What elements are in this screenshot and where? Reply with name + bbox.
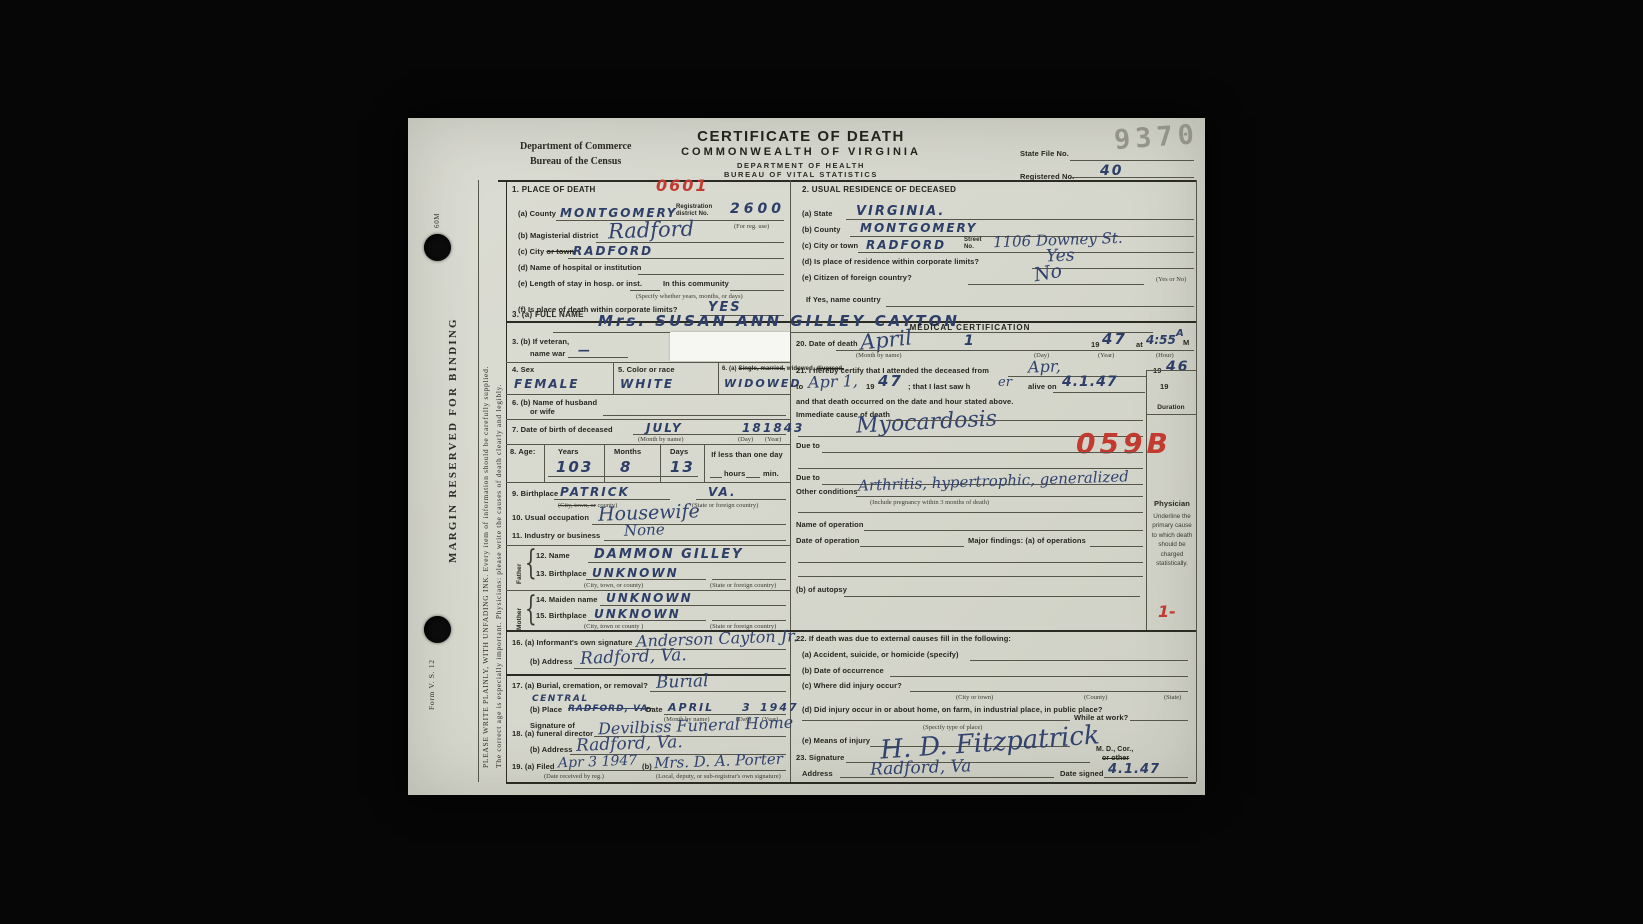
margin-rule-line-1: PLEASE WRITE PLAINLY, WITH UNFADING INK.… (482, 366, 490, 768)
s19b-value: Mrs. D. A. Porter (654, 752, 783, 771)
form-right-border (1196, 180, 1197, 782)
s12-line (588, 562, 786, 563)
s22-title: 22. If death was due to external causes … (796, 635, 1011, 644)
op-name-line (864, 530, 1143, 531)
s13-value: UNKNOWN (592, 567, 679, 579)
s22b-line (890, 676, 1188, 677)
s11-line (604, 540, 786, 541)
s16b-value: Radford, Va. (580, 647, 687, 668)
screenshot-root: { "margin": { "form_code": "Form V. S. 1… (0, 0, 1643, 924)
registered-line (1070, 177, 1194, 178)
s1-regdist-value: 2600 (730, 202, 785, 216)
s2e-label: (e) Citizen of foreign country? (802, 274, 912, 283)
s22a-label: (a) Accident, suicide, or homicide (spec… (802, 651, 959, 660)
s2a-value: VIRGINIA. (856, 205, 945, 218)
s17a-label: 17. (a) Burial, cremation, or removal? (512, 682, 648, 691)
s16-bottom-rule (506, 674, 790, 676)
s1c-value: RADFORD (573, 245, 653, 257)
s8-top-rule (506, 444, 790, 445)
mid-heavy-rule (506, 630, 1196, 632)
s22d-line2 (1130, 720, 1188, 721)
s17-year-value: 1947 (760, 702, 799, 713)
s12-value: DAMMON GILLEY (594, 548, 744, 561)
mother-side-label: Mother (516, 608, 523, 630)
s20-19-printed: 19 (1091, 341, 1100, 350)
s10-label: 10. Usual occupation (512, 514, 589, 523)
margin-binding-text: MARGIN RESERVED FOR BINDING (448, 317, 459, 563)
s19a-value: Apr 3 1947 (558, 754, 638, 771)
mother-bracket: { (525, 592, 537, 626)
s21-from-value: Apr, (1028, 358, 1061, 375)
s10-line (592, 524, 786, 525)
s7-month: JULY (646, 422, 683, 434)
s1b-label: (b) Magisterial district (518, 232, 598, 241)
s1e-line2 (730, 290, 784, 291)
s7-day-note: (Day) (738, 436, 753, 443)
s1c-label-struck: or town (546, 247, 574, 256)
s23-date-label: Date signed (1060, 770, 1104, 779)
s14-line (600, 605, 786, 606)
op-date-line (860, 546, 964, 547)
s7-label: 7. Date of birth of deceased (512, 426, 613, 435)
s2e-note: (Yes or No) (1156, 276, 1186, 283)
s9-label: 9. Birthplace (512, 490, 558, 499)
s9-line2 (696, 499, 786, 500)
s6a-value: WIDOWED (724, 378, 802, 389)
s3b-label-2: name war (530, 350, 565, 359)
s21-19c-printed: 19 (1160, 383, 1169, 392)
s11-value: None (624, 522, 665, 538)
s19a-label: 19. (a) Filed (512, 763, 555, 772)
findings-line3 (798, 576, 1143, 577)
column-divider (790, 180, 791, 782)
s12-label: 12. Name (536, 552, 570, 561)
s2-ifyes-line (886, 306, 1194, 307)
s1e-mid-label: In this community (663, 280, 729, 289)
s9-line1 (554, 499, 670, 500)
s17-central-value: CENTRAL (532, 695, 589, 704)
s19a-note: (Date received by reg.) (544, 773, 604, 780)
s7-month-note: (Month by name) (638, 436, 684, 443)
s1d-label: (d) Name of hospital or institution (518, 264, 642, 273)
s2e-value: No (1033, 262, 1064, 286)
state-file-line (1070, 160, 1194, 161)
redaction-box (670, 332, 790, 361)
s15-label: 15. Birthplace (536, 612, 587, 621)
s8-months-value: 8 (620, 460, 632, 475)
s7-year-note: (Year) (765, 436, 781, 443)
s21-19a-printed: 19 (1153, 367, 1162, 376)
s22d-line1 (802, 720, 1070, 721)
duration-label: Duration (1146, 404, 1196, 411)
s6a-label-num: 6. (a) (722, 366, 737, 372)
s9-note-2: (State or foreign country) (692, 502, 758, 509)
punch-hole-top (424, 234, 451, 261)
s2b-value: MONTGOMERY (860, 222, 977, 234)
document-title: CERTIFICATE OF DEATH (506, 129, 1096, 144)
other-value: Arthritis, hypertrophic, generalized (858, 469, 1129, 493)
s19b-note: (Local, deputy, or sub-registrar's own s… (656, 773, 781, 780)
cause-line1 (886, 420, 1143, 421)
s7-day: 18 (742, 422, 763, 434)
s1-red-stamp: 0601 (656, 178, 709, 194)
state-file-stamp: 9370 (1113, 121, 1200, 154)
s22c-note-2: (County) (1084, 694, 1107, 701)
s8-years-label: Years (558, 448, 579, 457)
s23-label: 23. Signature (796, 754, 844, 763)
op-date-label: Date of operation (796, 537, 859, 546)
s2c-label: (c) City or town (802, 242, 858, 251)
punch-hole-bottom (424, 616, 451, 643)
s9-value2: VA. (708, 486, 737, 498)
form-left-border (506, 180, 507, 782)
due1-line (822, 452, 1143, 453)
s20-label: 20. Date of death (796, 340, 858, 349)
s3b-label-1: 3. (b) If veteran, (512, 338, 569, 347)
findings-label: Major findings: (a) of operations (968, 537, 1086, 546)
cause-value: Myocardosis (856, 408, 998, 437)
commonwealth-subtitle: COMMONWEALTH OF VIRGINIA (506, 147, 1096, 158)
other-line2 (798, 512, 1143, 513)
s20-day-value: 1 (964, 334, 976, 348)
s6b-label-2: or wife (530, 408, 555, 417)
physician-note: Underline the primary cause to which dea… (1149, 512, 1195, 569)
s15-line2 (712, 620, 786, 621)
s20-hour-value: 4:55 (1146, 334, 1176, 346)
s13-line1 (586, 579, 706, 580)
s456-top-rule (506, 362, 790, 363)
s8-days-value: 13 (670, 460, 695, 475)
s456-divider-1 (613, 362, 614, 394)
s15-line1 (588, 620, 706, 621)
s8-days-label: Days (670, 448, 688, 457)
s8-value-line (548, 476, 698, 477)
due2-label: Due to (796, 474, 820, 483)
other-label: Other conditions (796, 488, 858, 497)
s2-ifyes-label: If Yes, name country (806, 296, 881, 305)
s11-label: 11. Industry or business (512, 532, 600, 541)
s16b-line (574, 668, 786, 669)
s22c-label: (c) Where did injury occur? (802, 682, 902, 691)
margin-rule-line-2: The correct age is especially important.… (495, 384, 503, 768)
s8-months-label: Months (614, 448, 641, 457)
s22a-line (970, 660, 1188, 661)
s1-title: 1. PLACE OF DEATH (512, 185, 596, 194)
death-certificate-scan: 60M Form V. S. 12 MARGIN RESERVED FOR BI… (408, 118, 1205, 795)
s1c-line (568, 258, 784, 259)
s3a-line (553, 332, 1153, 333)
s14-label: 14. Maiden name (536, 596, 598, 605)
s3b-line (568, 357, 628, 358)
s20-month-note: (Month by name) (856, 352, 902, 359)
s17a-value: Burial (656, 673, 709, 692)
findings-line2 (798, 562, 1143, 563)
s23-date-line (1104, 777, 1188, 778)
s21-er-value: er (998, 376, 1012, 389)
s2-street-label: Street No. (964, 237, 990, 251)
s16a-label: 16. (a) Informant's own signature (512, 639, 633, 648)
s17-month-value: APRIL (668, 702, 714, 713)
s2e-line (968, 284, 1144, 285)
s17b-label: (b) Place (530, 706, 562, 715)
s21-alive-date: 4.1.47 (1062, 375, 1118, 389)
s4-value: FEMALE (514, 378, 579, 390)
cause-code-stamp: 059B (1076, 430, 1172, 458)
s21-saw-label: ; that I last saw h (908, 383, 970, 392)
father-bracket: { (525, 546, 537, 580)
registered-value: 40 (1100, 164, 1123, 178)
s2d-label: (d) Is place of residence within corpora… (802, 258, 979, 267)
duration-bottom-rule (1146, 414, 1196, 415)
s23-addr-value: Radford, Va (870, 758, 972, 779)
s23-addr-line (840, 777, 1054, 778)
s17-date-label: Date (646, 706, 663, 715)
s21-to-value: Apr 1, (808, 373, 858, 391)
s2b-label: (b) County (802, 226, 841, 235)
s8-bottom-rule (506, 482, 790, 483)
s23-addr-label: Address (802, 770, 833, 779)
other-note: (Include pregnancy within 3 months of de… (870, 499, 989, 506)
s8-divider-1 (544, 444, 545, 482)
s1d-line (638, 274, 784, 275)
s1e-line1 (630, 290, 660, 291)
s8-less-label: If less than one day (706, 451, 788, 460)
s23-date-value: 4.1.47 (1108, 763, 1160, 776)
father-side-label: Father (516, 564, 523, 584)
red-mark: 1- (1158, 604, 1176, 620)
s1c-label: (c) City or town (518, 248, 574, 257)
s6a-opt-struck-1: Single, married, (738, 366, 785, 372)
s456-bottom-rule (506, 394, 790, 395)
s1-regdist-label: Registration district No. (676, 204, 728, 218)
s14-value: UNKNOWN (606, 592, 693, 604)
other-line (856, 496, 1143, 497)
duration-top-rule (1146, 370, 1196, 371)
s1b-line (596, 242, 784, 243)
s19-line (550, 770, 786, 771)
s1c-label-text: (c) City (518, 247, 544, 256)
s8-hours-label: hours (724, 470, 745, 479)
s1b-value: Radford (608, 219, 695, 243)
due1-label: Due to (796, 442, 820, 451)
s8-years-value: 103 (556, 460, 593, 475)
s13-note-2: (State or foreign country) (710, 582, 776, 589)
s456-divider-2 (718, 362, 719, 394)
s20-year-value: 47 (1102, 332, 1127, 347)
s22e-label: (e) Means of injury (802, 737, 870, 746)
s20-line (836, 350, 1194, 351)
s21-to-year: 47 (878, 374, 903, 389)
findings-line (1090, 546, 1143, 547)
s13-note-1: (City, town, or county) (584, 582, 643, 589)
s15-value: UNKNOWN (594, 608, 681, 620)
s21-19b-printed: 19 (866, 383, 875, 392)
s1-regdist-note: (For reg. use) (734, 223, 769, 230)
autopsy-line (844, 596, 1140, 597)
s16b-label: (b) Address (530, 658, 573, 667)
s8-label: 8. Age: (510, 448, 535, 457)
s6b-line (603, 415, 786, 416)
s8-hours-line (710, 477, 722, 478)
med-title: MEDICAL CERTIFICATION (790, 324, 1150, 332)
autopsy-label: (b) of autopsy (796, 586, 847, 595)
batch-code: 60M (434, 213, 441, 228)
s23-md-label: M. D., Cor., (1096, 746, 1133, 754)
s22c-line (910, 691, 1188, 692)
s21-line3-label: and that death occurred on the date and … (796, 398, 1014, 407)
s1e-label: (e) Length of stay in hosp. or inst. (518, 280, 642, 289)
s22c-note-1: (City or town) (956, 694, 993, 701)
s17a-line (650, 691, 786, 692)
s21-to-label: to (796, 383, 803, 392)
s20-at-label: at (1136, 341, 1143, 350)
s3a-label: 3. (a) FULL NAME (512, 310, 584, 319)
s2c-value: RADFORD (866, 239, 946, 251)
header-rule (498, 180, 1196, 182)
s3b-value: — (578, 344, 592, 356)
form-code: Form V. S. 12 (428, 659, 436, 710)
s8-min-line (746, 477, 760, 478)
s2a-label: (a) State (802, 210, 833, 219)
s8-divider-4 (704, 444, 705, 482)
margin-rule (478, 180, 479, 782)
s2-title: 2. USUAL RESIDENCE OF DECEASED (802, 185, 956, 194)
s4-label: 4. Sex (512, 366, 534, 375)
s8-min-label: min. (763, 470, 779, 479)
s17b-struck-value: RADFORD, VA. (568, 705, 653, 714)
bottom-rule (506, 782, 1196, 784)
s22b-label: (b) Date of occurrence (802, 667, 884, 676)
s13-line2 (712, 579, 786, 580)
s5-label: 5. Color or race (618, 366, 675, 375)
s20-m-printed: M (1183, 339, 1189, 348)
s21-from-year: 46 (1166, 360, 1189, 374)
registered-label: Registered No. (1020, 173, 1074, 182)
s13-label: 13. Birthplace (536, 570, 587, 579)
s2a-line (846, 219, 1194, 220)
s17-day-value: 3 (742, 702, 752, 713)
s9-value: PATRICK (560, 486, 630, 498)
state-file-label: State File No. (1020, 150, 1069, 159)
s21-alive-label: alive on (1028, 383, 1057, 392)
s1a-label: (a) County (518, 210, 556, 219)
dept-health-subtitle: DEPARTMENT OF HEALTH (506, 162, 1096, 170)
s20-year-note: (Year) (1098, 352, 1114, 359)
physician-label: Physician (1148, 500, 1196, 509)
s18b-label: (b) Address (530, 746, 573, 755)
s9-note-struck: (City, town, or (558, 502, 596, 509)
s21-alive-line (1053, 392, 1145, 393)
s7-year: 1843 (763, 422, 804, 434)
op-name-label: Name of operation (796, 521, 864, 530)
s22d-label: (d) Did injury occur in or about home, o… (802, 706, 1103, 715)
s18b-value: Radford, Va. (576, 734, 683, 755)
s6b-bottom-rule (506, 419, 790, 420)
s7-line (633, 434, 786, 435)
s2c-line (858, 252, 1194, 253)
s22c-note-3: (State) (1164, 694, 1181, 701)
s11-bottom-rule (506, 545, 790, 546)
s5-value: WHITE (620, 378, 674, 390)
bureau-subtitle: BUREAU OF VITAL STATISTICS (506, 171, 1096, 179)
